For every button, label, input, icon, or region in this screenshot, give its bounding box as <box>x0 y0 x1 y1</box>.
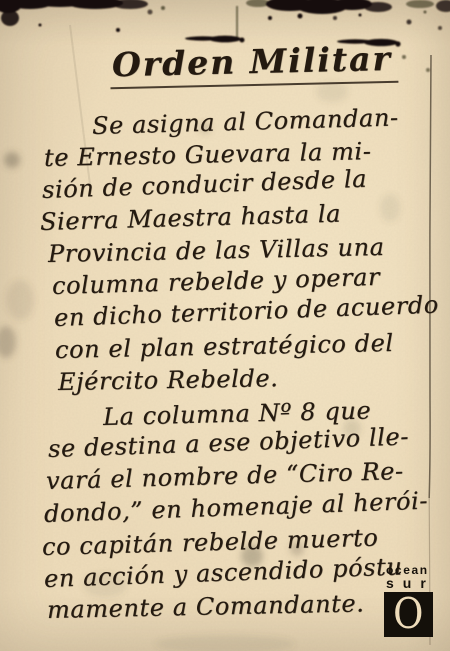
handwritten-line: Se asigna al Comandan- <box>92 103 399 140</box>
handwritten-line: mamente a Comandante. <box>47 589 365 624</box>
handwritten-line: se destina a ese objetivo lle- <box>48 422 410 463</box>
page-fold-line <box>429 55 431 645</box>
handwritten-line: Sierra Maestra hasta la <box>40 200 342 236</box>
handwritten-line: Provincia de las Villas una <box>48 233 385 268</box>
publisher-logo: ocean sur O <box>384 564 434 637</box>
publisher-name-sur: sur <box>386 576 434 590</box>
publisher-o-mark-icon: O <box>384 592 433 637</box>
publisher-o-letter: O <box>393 591 423 636</box>
document-title: Orden Militar <box>110 39 399 90</box>
handwritten-line: Ejército Rebelde. <box>58 364 279 396</box>
handwritten-line: con el plan estratégico del <box>55 329 394 364</box>
document-page: Orden Militar Se asigna al Comandan- te … <box>0 0 450 651</box>
